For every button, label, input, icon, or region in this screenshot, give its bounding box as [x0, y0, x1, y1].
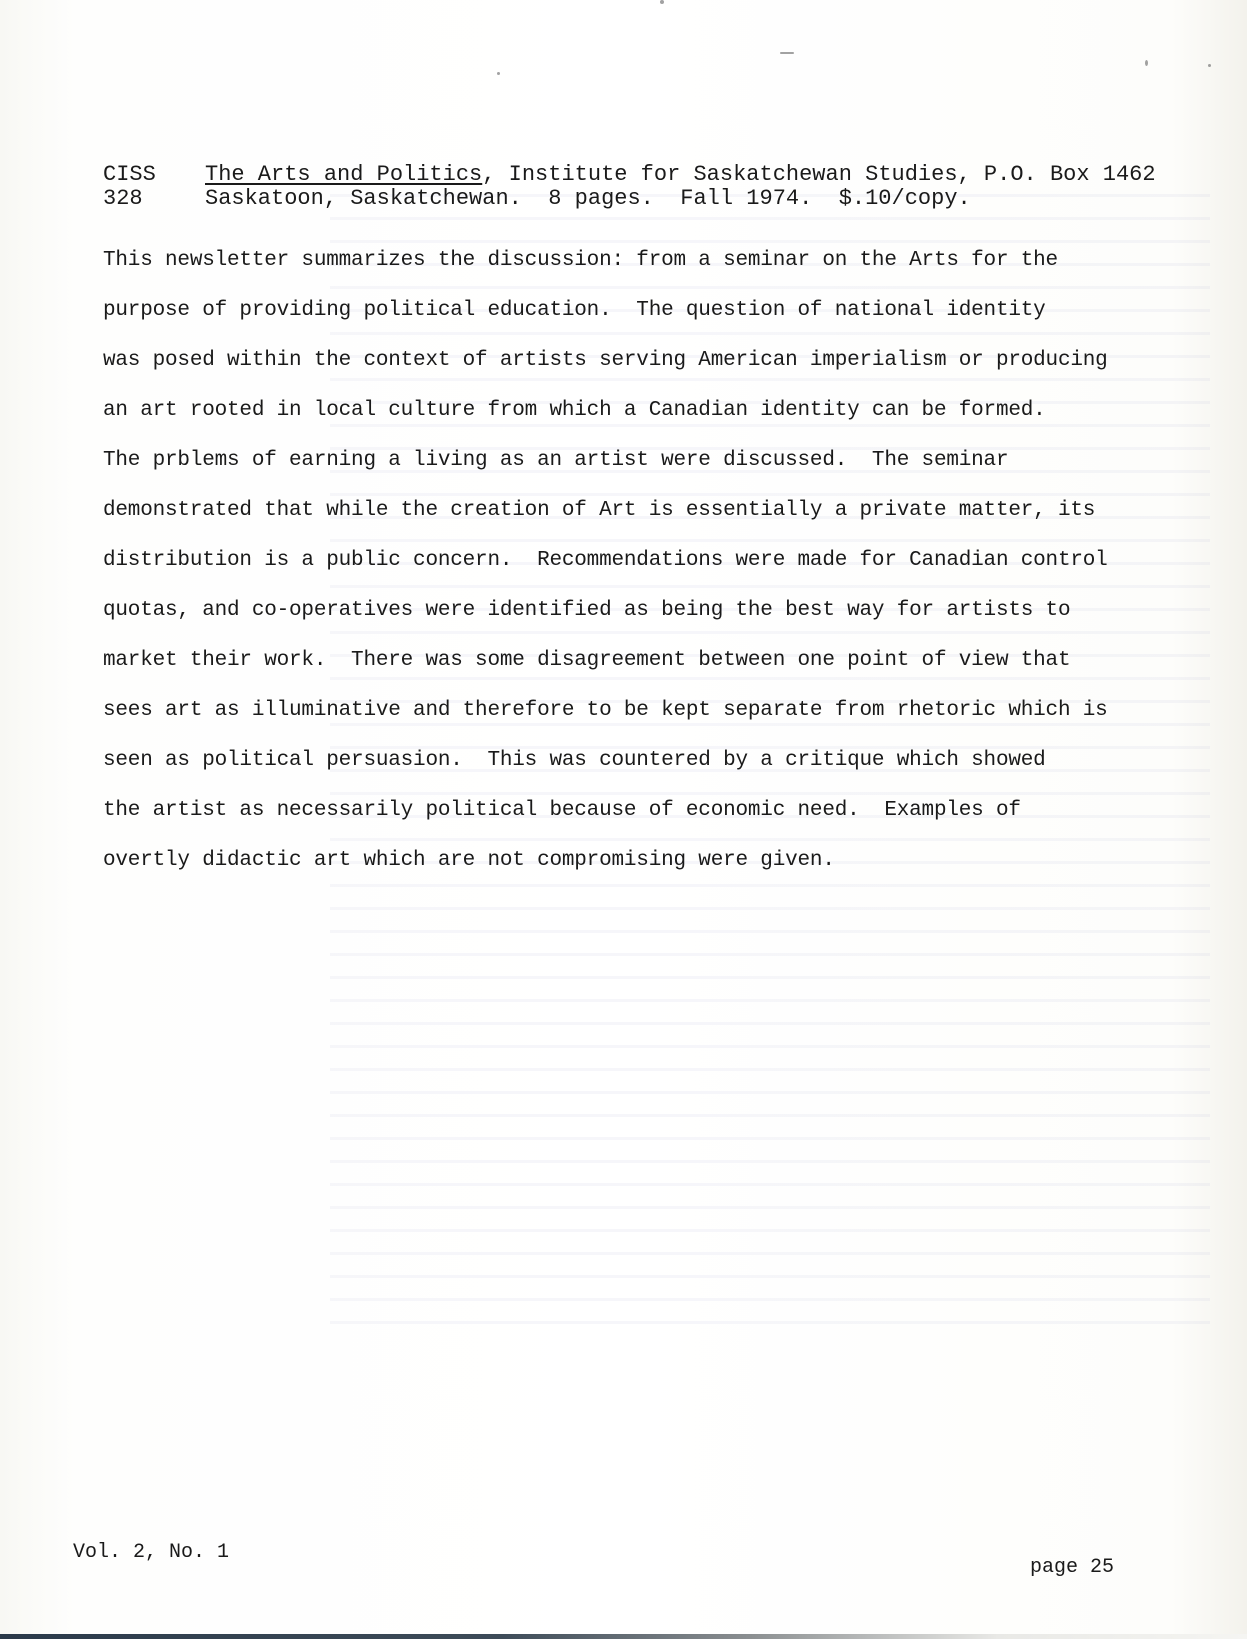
paragraph-line: quotas, and co-operatives were identifie…: [103, 586, 1133, 636]
scan-speck: [1208, 64, 1211, 67]
paragraph-line: was posed within the context of artists …: [103, 336, 1133, 386]
volume-number: Vol. 2, No. 1: [73, 1541, 229, 1564]
paragraph-line: an art rooted in local culture from whic…: [103, 386, 1133, 436]
scan-speck: [660, 0, 664, 4]
scan-speck: [780, 52, 794, 54]
paragraph-line: the artist as necessarily political beca…: [103, 786, 1133, 836]
summary-paragraph: This newsletter summarizes the discussio…: [103, 236, 1133, 886]
citation-line-2: Saskatoon, Saskatchewan. 8 pages. Fall 1…: [205, 187, 971, 211]
entry-code-number: 328: [103, 187, 205, 211]
paragraph-line: sees art as illuminative and therefore t…: [103, 686, 1133, 736]
paragraph-line: The prblems of earning a living as an ar…: [103, 436, 1133, 486]
header-row-1: CISS The Arts and Politics, Institute fo…: [103, 163, 1143, 187]
page-number: page 25: [1030, 1556, 1114, 1579]
citation-publisher: , Institute for Saskatchewan Studies, P.…: [482, 162, 1155, 187]
citation-line-1: The Arts and Politics, Institute for Sas…: [205, 163, 1156, 187]
entry-code-prefix: CISS: [103, 163, 205, 187]
scan-speck: [1145, 60, 1148, 66]
document-page: CISS The Arts and Politics, Institute fo…: [0, 0, 1247, 1639]
scan-edge-bar: [0, 1634, 1247, 1639]
paragraph-line: distribution is a public concern. Recomm…: [103, 536, 1133, 586]
paragraph-line: seen as political persuasion. This was c…: [103, 736, 1133, 786]
paragraph-line: This newsletter summarizes the discussio…: [103, 236, 1133, 286]
header-row-2: 328 Saskatoon, Saskatchewan. 8 pages. Fa…: [103, 187, 1143, 211]
paragraph-line: overtly didactic art which are not compr…: [103, 836, 1133, 886]
scan-speck: [497, 72, 500, 75]
paragraph-line: purpose of providing political education…: [103, 286, 1133, 336]
paragraph-line: demonstrated that while the creation of …: [103, 486, 1133, 536]
paragraph-line: market their work. There was some disagr…: [103, 636, 1133, 686]
entry-title: The Arts and Politics: [205, 162, 482, 187]
entry-header: CISS The Arts and Politics, Institute fo…: [103, 163, 1143, 211]
